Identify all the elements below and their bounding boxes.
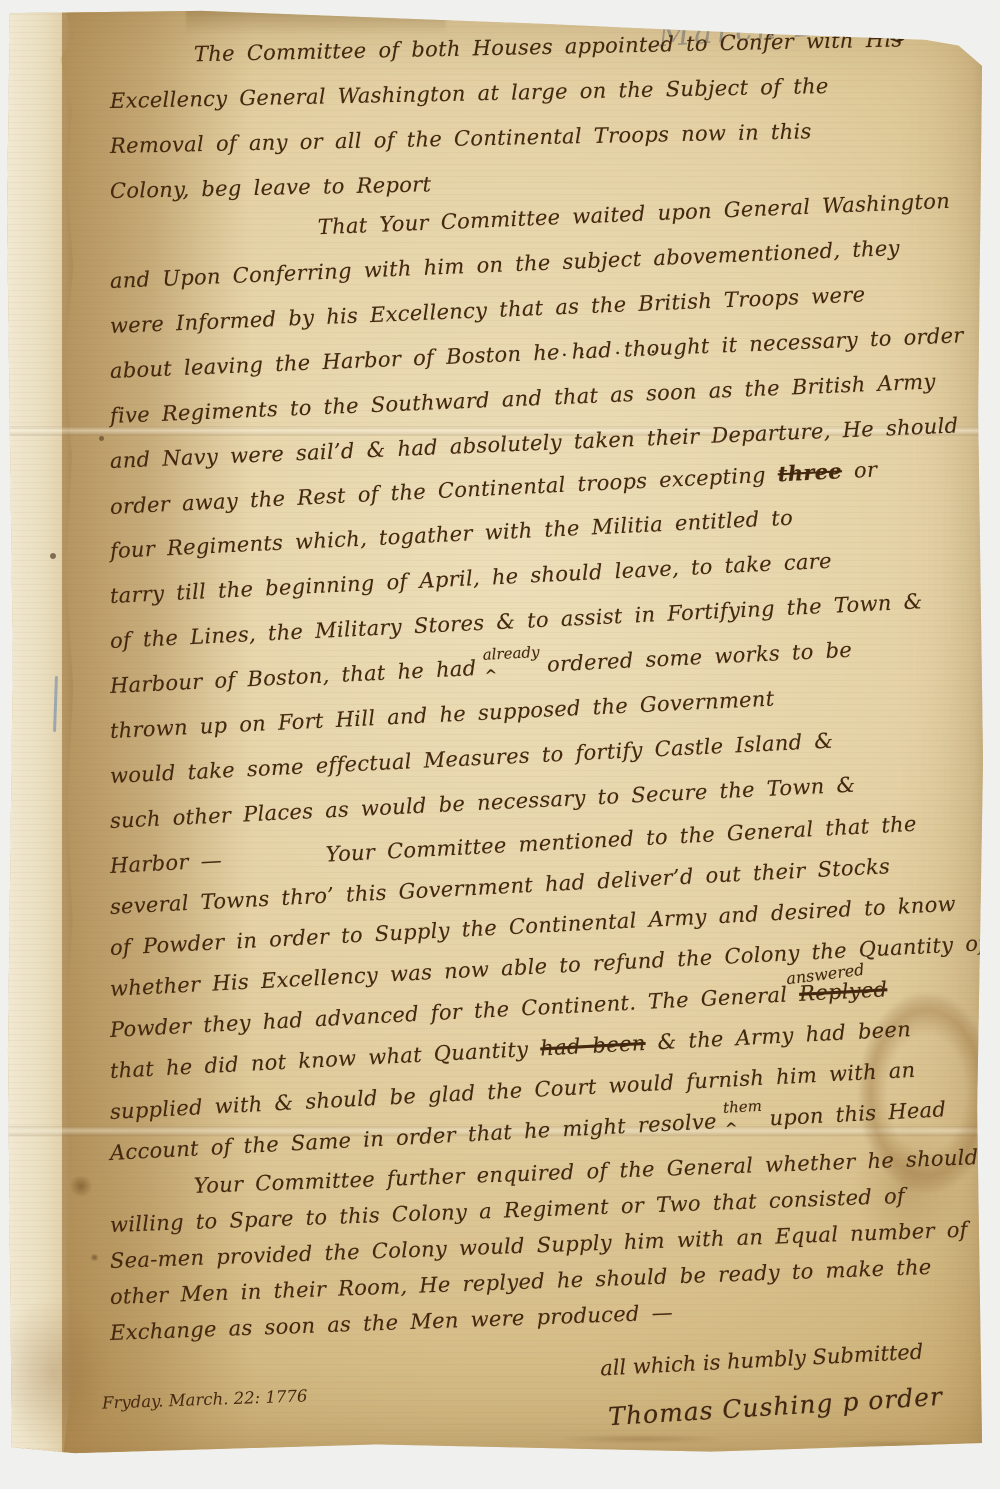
signature: Thomas Cushing p order: [607, 1382, 943, 1431]
line-text: or: [841, 457, 877, 483]
manuscript-line: Excellency General Washington at large o…: [110, 71, 966, 110]
line-text: upon this Head: [769, 1097, 947, 1130]
line-text: ordered some works to be: [546, 638, 852, 677]
inserted-word: already: [482, 643, 540, 664]
manuscript-page: March 22 65 · · · · · · The Committee of…: [6, 8, 984, 1456]
manuscript-line: and Upon Conferring with him on the subj…: [109, 233, 965, 290]
manuscript-line: Removal of any or all of the Continental…: [110, 116, 966, 155]
struck-words: had been: [540, 1031, 647, 1060]
overwritten-word: three: [777, 458, 842, 486]
smudge: [546, 1434, 736, 1444]
line-text: Harbor —: [109, 848, 222, 878]
smudge: [826, 1440, 966, 1449]
inserted-word: them: [723, 1097, 763, 1117]
blank-gap: [222, 862, 326, 867]
line-text: that he did not know what Quantity: [109, 1036, 541, 1083]
line-text: Harbour of Boston, that he had: [109, 656, 477, 698]
manuscript-text: The Committee of both Houses appointed t…: [110, 44, 966, 1357]
line-text: & the Army had been: [645, 1017, 912, 1055]
